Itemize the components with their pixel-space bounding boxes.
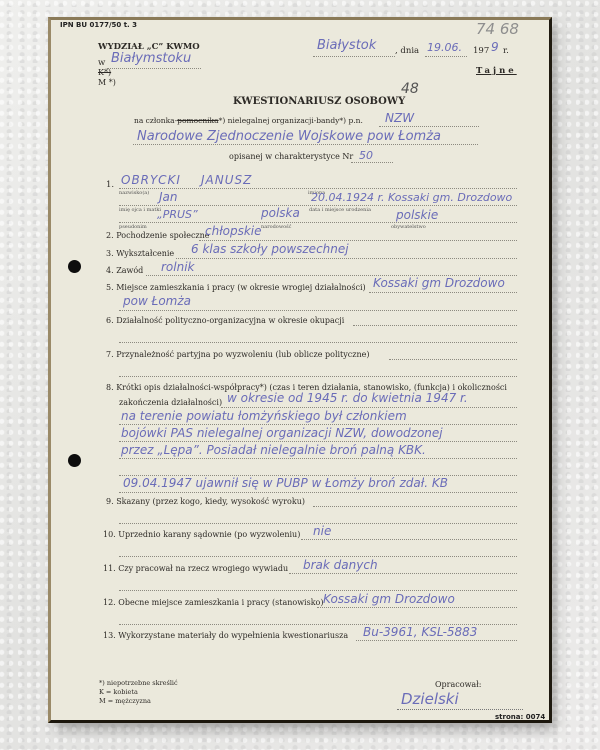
city-value: Białystok [317, 38, 376, 53]
item-8-line-4 [119, 458, 517, 459]
item-5-line-2 [119, 310, 517, 311]
item-8-line-6 [119, 492, 517, 493]
item-1-line-b [119, 205, 517, 206]
item-5: 5. Miejsce zamieszkania i pracy (w okres… [106, 283, 366, 292]
surname: OBRYCKI [121, 173, 181, 187]
first-names: JANUSZ [201, 173, 252, 187]
subtitle-struck: pomocnika [177, 116, 218, 125]
item-5-answer-2: pow Łomża [123, 294, 191, 308]
item-6: 6. Działalność polityczno-organizacyjna … [106, 316, 344, 325]
item-8-line-3 [119, 441, 517, 442]
pseudonym: „PRUS” [157, 208, 198, 221]
prepared-signature: Dzielski [401, 690, 459, 708]
item-4-answer: rolnik [161, 260, 195, 274]
item-8-answer-2: na terenie powiatu łomżyńskiego był czło… [121, 409, 407, 423]
char-label: opisanej w charakterystyce Nr [229, 152, 353, 161]
nationality-label: narodowość [261, 224, 291, 230]
citizenship-label: obywatelstwo [391, 224, 426, 230]
item-10-line-2 [119, 556, 517, 557]
char-number: 50 [359, 149, 373, 162]
item-2: 2. Pochodzenie społeczne [106, 231, 210, 240]
item-3-answer: 6 klas szkoły powszechnej [191, 242, 349, 256]
item-8-answer-1: w okresie od 1945 r. do kwietnia 1947 r. [227, 391, 468, 405]
signature-line [397, 709, 523, 710]
item-8-answer-4: przez „Lępa”. Posiadał nielegalnie broń … [121, 443, 426, 457]
city-line [313, 56, 395, 57]
pseudonym-label: pseudonim [119, 224, 147, 230]
classification: Tajne [476, 66, 517, 76]
item-3-line [176, 258, 517, 259]
birth-label: data i miejsce urodzenia [309, 207, 371, 213]
item-5-line [369, 292, 517, 293]
org-full: Narodowe Zjednoczenie Wojskowe pow Łomża [137, 129, 441, 144]
item-3: 3. Wykształcenie [106, 249, 174, 258]
date-value: 19.06. [427, 41, 462, 54]
punch-hole-bottom [68, 454, 81, 467]
date-line [425, 56, 467, 57]
year-digit: 9 [491, 40, 499, 54]
item-1-number: 1. [106, 180, 114, 190]
org-short: NZW [385, 111, 414, 125]
item-7-line [389, 359, 517, 360]
item-7: 7. Przynależność partyjna po wyzwoleniu … [106, 350, 370, 359]
item-6-line-2 [119, 342, 517, 343]
gender-k: K*) [98, 68, 111, 77]
birth: 20.04.1924 r. Kossaki gm. Drozdowo [311, 191, 512, 204]
item-8-label-2: zakończenia działalności) [119, 398, 222, 407]
item-12-answer: Kossaki gm Drozdowo [323, 592, 455, 606]
footnote-1: *) niepotrzebne skreślić [99, 679, 178, 687]
archive-reference: IPN BU 0177/50 t. 3 [60, 21, 137, 29]
handwritten-page-reference: 74 68 [476, 20, 519, 38]
item-12-line [317, 607, 517, 608]
item-8-answer-3: bojówki PAS nielegalnej organizacji NZW,… [121, 426, 443, 440]
parents-label: imię ojca i matki [119, 207, 161, 213]
in-line [107, 68, 201, 69]
item-10-answer: nie [313, 524, 331, 538]
subtitle-middle: *) nielegalnej organizacji-bandy*) p.n. [219, 116, 363, 125]
item-13-line [356, 640, 517, 641]
nationality: polska [261, 206, 300, 220]
year-suffix: r. [503, 46, 509, 56]
item-2-line [199, 240, 517, 241]
item-4: 4. Zawód [106, 266, 143, 275]
item-1-line-a [119, 188, 517, 189]
item-8-answer-5: 09.04.1947 ujawnił się w PUBP w Łomży br… [123, 476, 448, 490]
item-12: 12. Obecne miejsce zamieszkania i pracy … [103, 598, 324, 607]
punch-hole-top [68, 260, 81, 273]
char-line [351, 162, 393, 163]
item-11: 11. Czy pracował na rzecz wrogiego wywia… [103, 564, 288, 573]
surname-label: nazwisko(a) [119, 190, 149, 196]
item-9-line [313, 506, 517, 507]
item-11-line-2 [119, 590, 517, 591]
item-13: 13. Wykorzystane materiały do wypełnieni… [103, 631, 348, 640]
item-1-line-c [119, 222, 517, 223]
item-8-line-2 [119, 424, 517, 425]
item-9: 9. Skazany (przez kogo, kiedy, wysokość … [106, 497, 305, 506]
footnote-2: K = kobieta [99, 688, 138, 696]
subtitle: na członka-pomocnika*) nielegalnej organ… [134, 116, 363, 125]
page-title: KWESTIONARIUSZ OSOBOWY [233, 96, 405, 107]
prepared-label: Opracował: [435, 680, 481, 689]
org-full-line [133, 144, 478, 145]
page-number: strona: 0074 [495, 713, 545, 721]
year-prefix: 197 [473, 46, 489, 56]
item-13-answer: Bu-3961, KSL-5883 [363, 625, 477, 639]
subtitle-prefix: na członka- [134, 116, 177, 125]
item-7-line-2 [119, 376, 517, 377]
item-6-line [353, 325, 517, 326]
item-11-line [289, 573, 517, 574]
date-label: , dnia [395, 46, 419, 56]
citizenship: polskie [396, 208, 438, 222]
gender-m: M *) [98, 78, 116, 87]
in-value: Białymstoku [111, 51, 191, 66]
item-8-line-1 [221, 407, 517, 408]
in-label: w [98, 58, 105, 68]
org-short-line [379, 126, 479, 127]
footnote-3: M = mężczyzna [99, 697, 151, 705]
form-number: 48 [401, 81, 419, 97]
item-5-answer: Kossaki gm Drozdowo [373, 276, 505, 290]
item-11-answer: brak danych [303, 558, 378, 572]
parents: Jan [159, 190, 178, 204]
item-2-answer: chłopskie [205, 224, 262, 238]
item-10: 10. Uprzednio karany sądownie (po wyzwol… [103, 530, 300, 539]
item-10-line [301, 539, 517, 540]
document-page: IPN BU 0177/50 t. 3 74 68 WYDZIAŁ „C” KW… [48, 17, 552, 723]
